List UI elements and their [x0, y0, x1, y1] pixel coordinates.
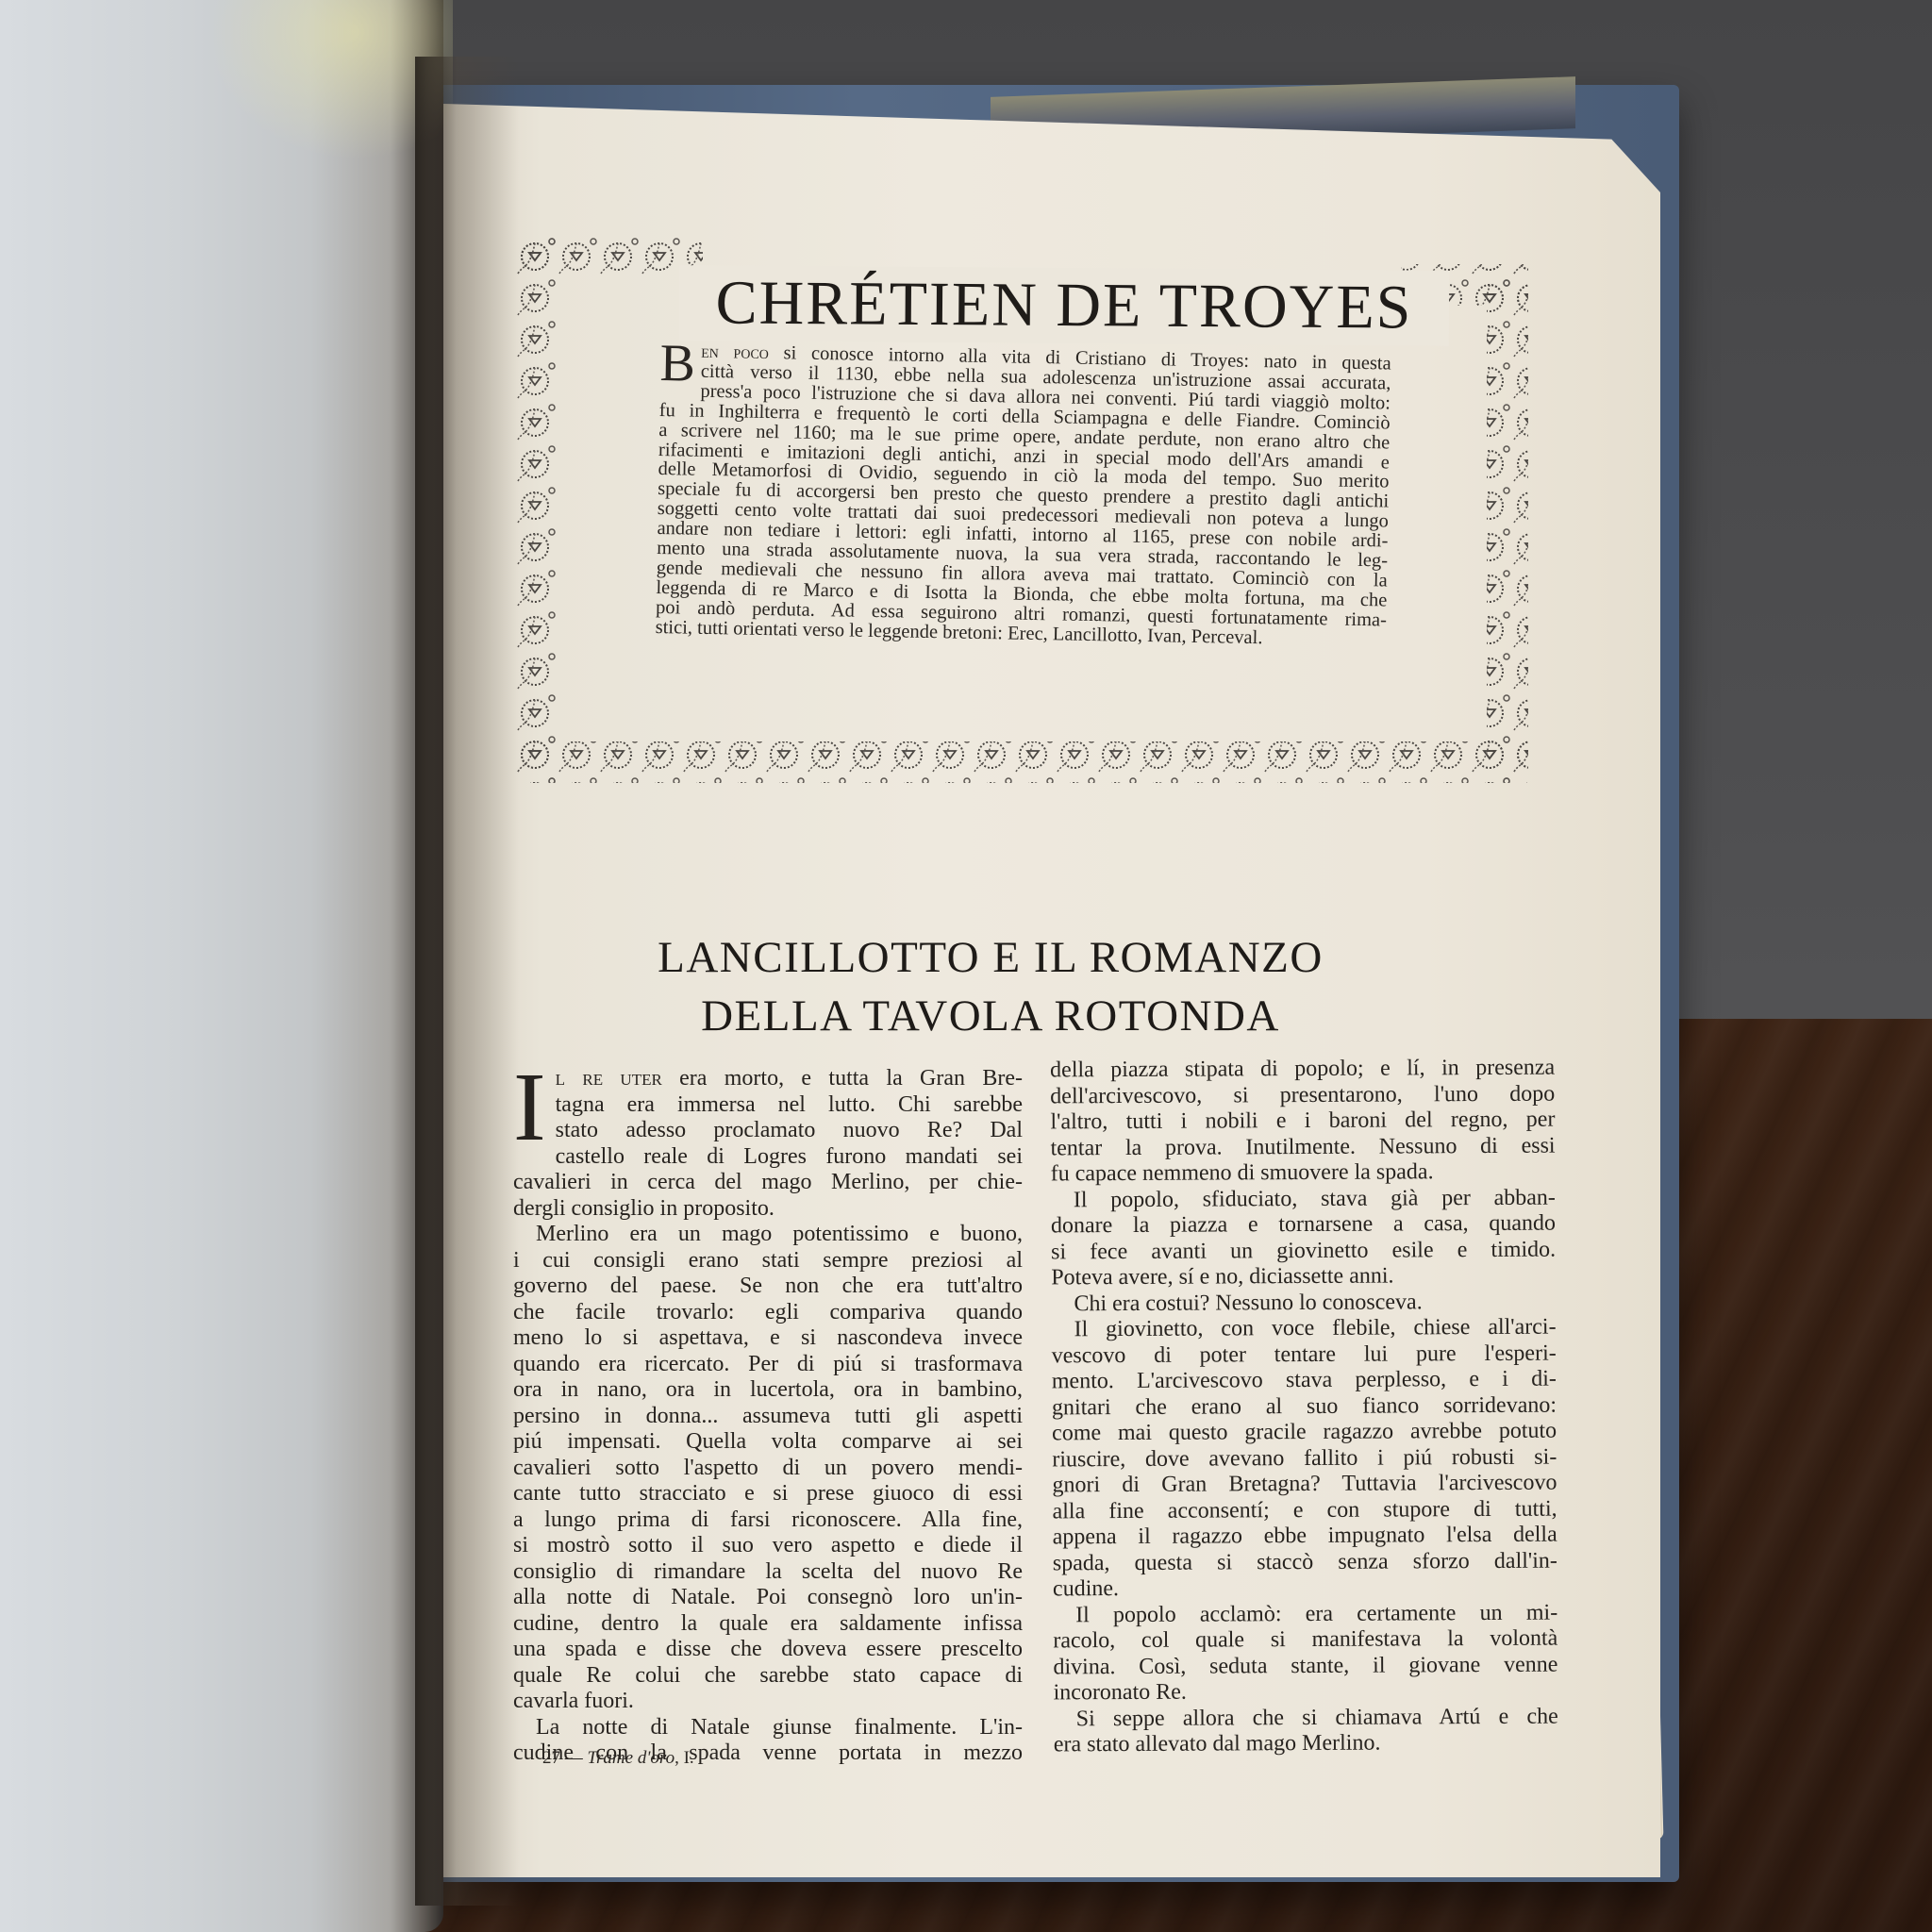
- story-dropcap: I: [513, 1070, 546, 1145]
- story-line: divina. Così, seduta stante, il giovane …: [1053, 1652, 1557, 1680]
- story-line: Il popolo, sfiduciato, stava già per abb…: [1051, 1185, 1556, 1213]
- story-line: appena il ragazzo ebbe impugnato l'elsa …: [1053, 1523, 1557, 1551]
- volume-number: , I.: [675, 1748, 694, 1768]
- story-line: ora in nano, ora in lucertola, ora in ba…: [513, 1377, 1023, 1404]
- story-line: cante tutto stracciato e si prese giuoco…: [513, 1481, 1023, 1507]
- story-line: governo del paese. Se non che era tutt'a…: [513, 1274, 1023, 1300]
- story-line: si fece avanti un giovinetto esile e tim…: [1051, 1237, 1556, 1265]
- story-line: donare la piazza e tornarsene a casa, qu…: [1051, 1211, 1556, 1240]
- story-line: che facile trovarlo: egli compariva quan…: [513, 1300, 1023, 1326]
- story-line: Si seppe allora che si chiamava Artú e c…: [1054, 1704, 1558, 1732]
- story-line: vescovo di poter tentare lui pure l'espe…: [1052, 1341, 1557, 1369]
- story-line: spada, questa si staccò senza sforzo dal…: [1053, 1548, 1557, 1576]
- story-column-right: della piazza stipata di popolo; e lí, in…: [1050, 1056, 1558, 1758]
- story-line: fu capace nemmeno di smuovere la spada.: [1051, 1159, 1556, 1188]
- story-line: racolo, col quale si manifestava la volo…: [1053, 1626, 1557, 1655]
- page-footer-signature: 27 — Trame d'oro, I.: [542, 1748, 694, 1769]
- story-column-left: I l re uter era morto, e tutta la Gran B…: [513, 1066, 1023, 1767]
- story-line: La notte di Natale giunse finalmente. L'…: [513, 1715, 1023, 1741]
- story-line: quando era ricercato. Per di piú si tras…: [513, 1352, 1023, 1378]
- story-line: Merlino era un mago potentissimo e buono…: [513, 1222, 1023, 1248]
- story-line: cavalieri sotto l'aspetto di un povero m…: [513, 1456, 1023, 1482]
- story-line: incoronato Re.: [1054, 1678, 1558, 1707]
- story-line: Chi era costui? Nessuno lo conosceva.: [1051, 1289, 1556, 1317]
- story-line: meno lo si aspettava, e si nascondeva in…: [513, 1325, 1023, 1352]
- story-title: LANCILLOTTO E IL ROMANZO DELLA TAVOLA RO…: [585, 928, 1396, 1045]
- story-smallcaps-opening: l re uter: [556, 1066, 662, 1091]
- story-line: stato adesso proclamato nuovo Re? Dal: [513, 1118, 1023, 1144]
- story-line: persino in donna... assumeva tutti gli a…: [513, 1404, 1023, 1430]
- book-title: Trame d'oro: [588, 1748, 675, 1768]
- story-line: consiglio di rimandare la scelta del nuo…: [513, 1559, 1023, 1586]
- story-line: cudine.: [1053, 1574, 1557, 1603]
- story-line: si mostrò sotto il suo vero aspetto e di…: [513, 1533, 1023, 1559]
- bio-smallcaps-opening: en poco: [701, 341, 769, 363]
- story-title-line-1: LANCILLOTTO E IL ROMANZO: [585, 928, 1396, 987]
- story-line: era stato allevato dal mago Merlino.: [1054, 1730, 1558, 1758]
- story-line: alla notte di Natale. Poi consegnò loro …: [513, 1585, 1023, 1611]
- story-line: castello reale di Logres furono mandati …: [513, 1144, 1023, 1171]
- story-line: una spada e disse che doveva essere pres…: [513, 1637, 1023, 1663]
- story-line: i cui consigli erano stati sempre prezio…: [513, 1248, 1023, 1274]
- bio-dropcap: B: [659, 343, 695, 384]
- author-title: CHRÉTIEN DE TROYES: [679, 265, 1450, 346]
- signature-number: 27 —: [542, 1748, 583, 1768]
- story-line: come mai questo gracile ragazzo avrebbe …: [1052, 1419, 1557, 1447]
- page-content: CHRÉTIEN DE TROYES B en poco si conosce …: [0, 0, 1932, 1932]
- story-line: piú impensati. Quella volta comparve ai …: [513, 1429, 1023, 1456]
- story-line: Il popolo acclamò: era certamente un mi-: [1053, 1600, 1557, 1628]
- story-line: cudine, dentro la quale era saldamente i…: [513, 1611, 1023, 1638]
- story-line: cavalieri in cerca del mago Merlino, per…: [513, 1170, 1023, 1196]
- story-line: tentar la prova. Inutilmente. Nessuno di…: [1050, 1133, 1555, 1161]
- story-line: cavarla fuori.: [513, 1689, 1023, 1715]
- story-line: mento. L'arcivescovo stava perplesso, e …: [1052, 1367, 1557, 1395]
- story-line: della piazza stipata di popolo; e lí, in…: [1050, 1056, 1555, 1084]
- story-line: l'altro, tutti i nobili e i baroni del r…: [1050, 1108, 1555, 1136]
- story-line: Poteva avere, sí e no, diciassette anni.: [1051, 1263, 1556, 1291]
- story-line: quale Re colui che sarebbe stato capace …: [513, 1663, 1023, 1690]
- story-line: Il giovinetto, con voce flebile, chiese …: [1051, 1315, 1556, 1343]
- story-line: riuscire, dove avevano fallito i piú rob…: [1052, 1444, 1557, 1473]
- story-line: l re uter era morto, e tutta la Gran Bre…: [513, 1066, 1023, 1092]
- story-line: dell'arcivescovo, si presentarono, l'uno…: [1050, 1081, 1555, 1109]
- story-line: alla fine acconsentí; e con stupore di t…: [1053, 1496, 1557, 1524]
- story-line: gnori di Gran Bretagna? Tuttavia l'arciv…: [1052, 1471, 1557, 1499]
- story-line: dergli consiglio in proposito.: [513, 1196, 1023, 1223]
- story-line: tagna era immersa nel lutto. Chi sarebbe: [513, 1092, 1023, 1119]
- story-line: gnitari che erano al suo fianco sorridev…: [1052, 1392, 1557, 1421]
- author-biography: B en poco si conosce intorno alla vita d…: [656, 341, 1391, 650]
- story-line: a lungo prima di farsi riconoscere. Alla…: [513, 1507, 1023, 1534]
- story-title-line-2: DELLA TAVOLA ROTONDA: [585, 987, 1396, 1045]
